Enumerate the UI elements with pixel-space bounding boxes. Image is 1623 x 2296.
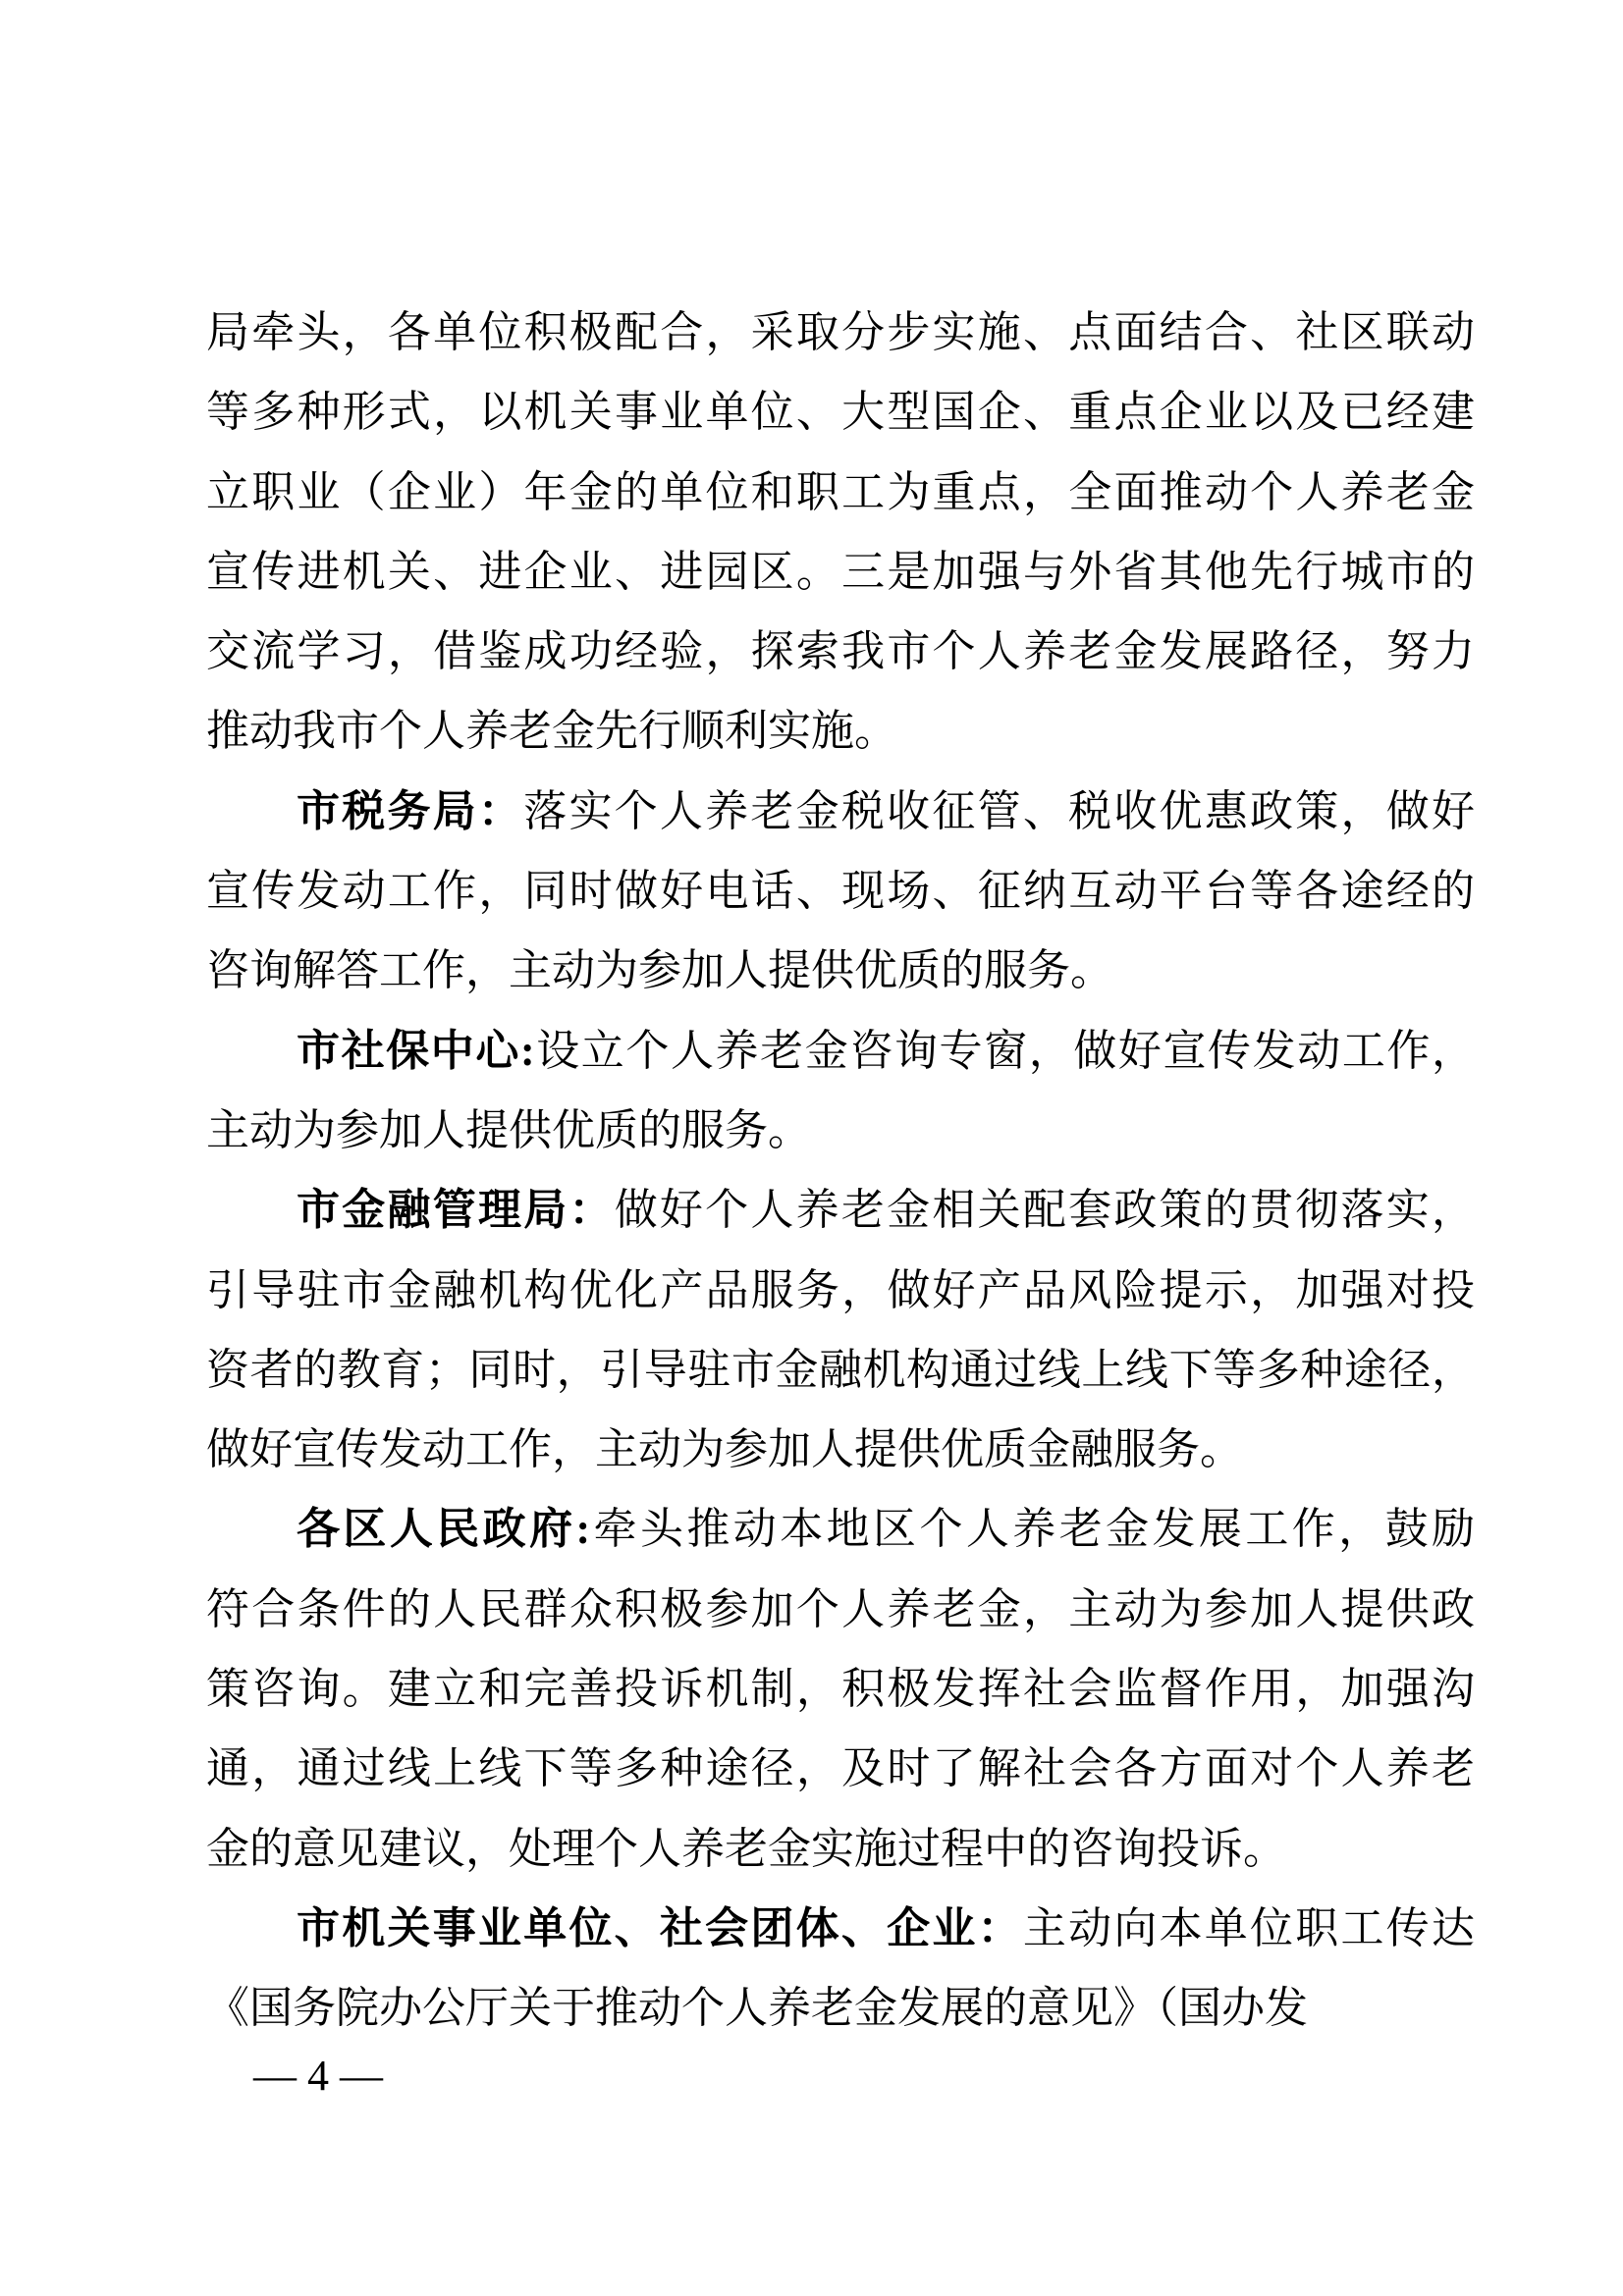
organizations-enterprises-paragraph-heading: 市机关事业单位、社会团体、企业：: [297, 1904, 1023, 1952]
text-line: 符合条件的人民群众积极参加个人养老金，主动为参加人提供政: [206, 1570, 1475, 1649]
tax-bureau-paragraph-heading: 市税务局：: [297, 787, 523, 835]
text-line: 引导驻市金融机构优化产品服务，做好产品风险提示，加强对投: [206, 1251, 1475, 1330]
text-line: 做好宣传发动工作，主动为参加人提供优质金融服务。: [206, 1410, 1475, 1489]
document-body: 局牵头，各单位积极配合，采取分步实施、点面结合、社区联动等多种形式，以机关事业单…: [206, 293, 1475, 2049]
text-line: 等多种形式，以机关事业单位、大型国企、重点企业以及已经建: [206, 372, 1475, 452]
text-line: 局牵头，各单位积极配合，采取分步实施、点面结合、社区联动: [206, 293, 1475, 372]
text-line: 资者的教育；同时，引导驻市金融机构通过线上线下等多种途径，: [206, 1330, 1475, 1410]
text-line: 推动我市个人养老金先行顺利实施。: [206, 691, 1475, 771]
text-line: 市税务局：落实个人养老金税收征管、税收优惠政策，做好: [206, 772, 1475, 851]
text-line: 金的意见建议，处理个人养老金实施过程中的咨询投诉。: [206, 1809, 1475, 1889]
text-line: 市机关事业单位、社会团体、企业：主动向本单位职工传达: [206, 1889, 1475, 1968]
social-security-center-paragraph-heading: 市社保中心:: [297, 1027, 535, 1075]
text-line: 通，通过线上线下等多种途径，及时了解社会各方面对个人养老: [206, 1729, 1475, 1808]
text-line: 立职业（企业）年金的单位和职工为重点，全面推动个人养老金: [206, 453, 1475, 532]
text-line: 各区人民政府:牵头推动本地区个人养老金发展工作，鼓励: [206, 1489, 1475, 1569]
financial-regulatory-bureau-paragraph-heading: 市金融管理局：: [297, 1186, 615, 1234]
text-line: 宣传进机关、进企业、进园区。三是加强与外省其他先行城市的: [206, 532, 1475, 612]
text-line: 市金融管理局：做好个人养老金相关配套政策的贯彻落实，: [206, 1170, 1475, 1250]
text-line: 宣传发动工作，同时做好电话、现场、征纳互动平台等各途经的: [206, 851, 1475, 931]
text-line: 《国务院办公厅关于推动个人养老金发展的意见》（国办发: [206, 1968, 1475, 2048]
text-line: 策咨询。建立和完善投诉机制，积极发挥社会监督作用，加强沟: [206, 1649, 1475, 1729]
page-number-footer: — 4 —: [253, 2052, 383, 2101]
document-page: 局牵头，各单位积极配合，采取分步实施、点面结合、社区联动等多种形式，以机关事业单…: [0, 0, 1623, 2296]
text-line: 市社保中心:设立个人养老金咨询专窗，做好宣传发动工作，: [206, 1011, 1475, 1091]
text-line: 主动为参加人提供优质的服务。: [206, 1091, 1475, 1170]
text-line: 咨询解答工作，主动为参加人提供优质的服务。: [206, 931, 1475, 1010]
text-line: 交流学习，借鉴成功经验，探索我市个人养老金发展路径，努力: [206, 612, 1475, 691]
district-governments-paragraph-heading: 各区人民政府:: [297, 1505, 590, 1553]
